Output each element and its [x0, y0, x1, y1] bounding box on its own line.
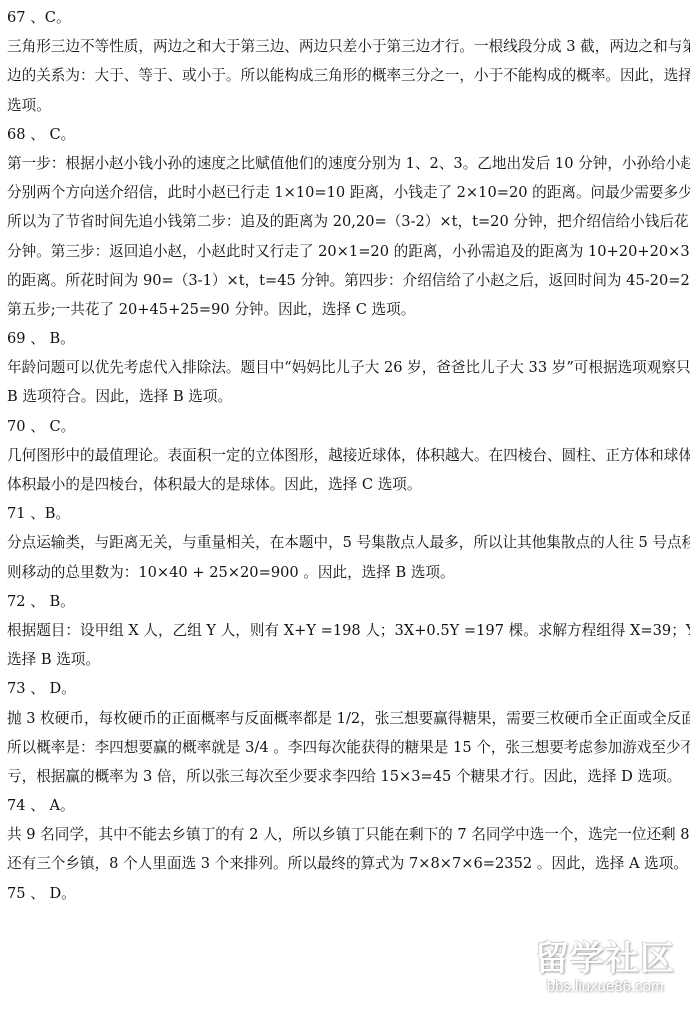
text-line: 选择 B 选项。 [7, 645, 687, 674]
answer-heading: 75 、 D。 [7, 879, 687, 908]
answer-heading: 69 、 B。 [7, 324, 687, 353]
answer-heading: 74 、 A。 [7, 791, 687, 820]
text-line: 年龄问题可以优先考虑代入排除法。题目中“妈妈比儿子大 26 岁，爸爸比儿子大 3… [7, 353, 683, 382]
answer-explanations: 67 、C。三角形三边不等性质，两边之和大于第三边、两边只差小于第三边才行。一根… [7, 3, 687, 908]
text-line: 亏，根据赢的概率为 3 倍，所以张三每次至少要求李四给 15×3=45 个糖果才… [7, 762, 687, 791]
text-line: 第一步：根据小赵小钱小孙的速度之比赋值他们的速度分别为 1、2、3。乙地出发后 … [7, 149, 683, 178]
text-line: 的距离。所花时间为 90=（3-1）×t，t=45 分钟。第四步：介绍信给了小赵… [7, 266, 683, 295]
text-line: B 选项符合。因此，选择 B 选项。 [7, 382, 687, 411]
text-line: 根据题目：设甲组 X 人，乙组 Y 人，则有 X+Y =198 人；3X+0.5… [7, 616, 683, 645]
text-line: 三角形三边不等性质，两边之和大于第三边、两边只差小于第三边才行。一根线段分成 3… [7, 32, 683, 61]
answer-heading: 67 、C。 [7, 3, 687, 32]
document-body: 67 、C。三角形三边不等性质，两边之和大于第三边、两边只差小于第三边才行。一根… [7, 3, 687, 908]
text-line: 选项。 [7, 91, 687, 120]
text-line: 共 9 名同学，其中不能去乡镇丁的有 2 人，所以乡镇丁只能在剩下的 7 名同学… [7, 820, 683, 849]
text-line: 第五步;一共花了 20+45+25=90 分钟。因此，选择 C 选项。 [7, 295, 687, 324]
text-line: 所以概率是：李四想要赢的概率就是 3/4 。李四每次能获得的糖果是 15 个，张… [7, 733, 683, 762]
answer-heading: 68 、 C。 [7, 120, 687, 149]
answer-heading: 71 、B。 [7, 499, 687, 528]
text-line: 则移动的总里数为：10×40 + 25×20=900 。因此，选择 B 选项。 [7, 558, 687, 587]
watermark-url: bbs.liuxue86.com [525, 978, 685, 996]
text-line: 还有三个乡镇，8 个人里面选 3 个来排列。所以最终的算式为 7×8×7×6=2… [7, 849, 687, 878]
answer-heading: 70 、 C。 [7, 412, 687, 441]
watermark-title: 留学社区 [525, 940, 685, 978]
answer-heading: 73 、 D。 [7, 674, 687, 703]
answer-heading: 72 、 B。 [7, 587, 687, 616]
text-line: 分钟。第三步：返回追小赵，小赵此时又行走了 20×1=20 的距离，小孙需追及的… [7, 237, 683, 266]
text-line: 所以为了节省时间先追小钱第二步：追及的距离为 20,20=（3-2）×t，t=2… [7, 207, 683, 236]
watermark-logo: 留学社区 bbs.liuxue86.com [525, 940, 685, 1005]
text-line: 分点运输类，与距离无关，与重量相关，在本题中，5 号集散点人最多，所以让其他集散… [7, 528, 683, 557]
text-line: 体积最小的是四棱台，体积最大的是球体。因此，选择 C 选项。 [7, 470, 687, 499]
text-line: 几何图形中的最值理论。表面积一定的立体图形，越接近球体，体积越大。在四棱台、圆柱… [7, 441, 683, 470]
text-line: 边的关系为：大于、等于、或小于。所以能构成三角形的概率三分之一，小于不能构成的概… [7, 61, 683, 90]
text-line: 抛 3 枚硬币，每枚硬币的正面概率与反面概率都是 1/2，张三想要赢得糖果，需要… [7, 704, 683, 733]
text-line: 分别两个方向送介绍信，此时小赵已行走 1×10=10 距离，小钱走了 2×10=… [7, 178, 683, 207]
